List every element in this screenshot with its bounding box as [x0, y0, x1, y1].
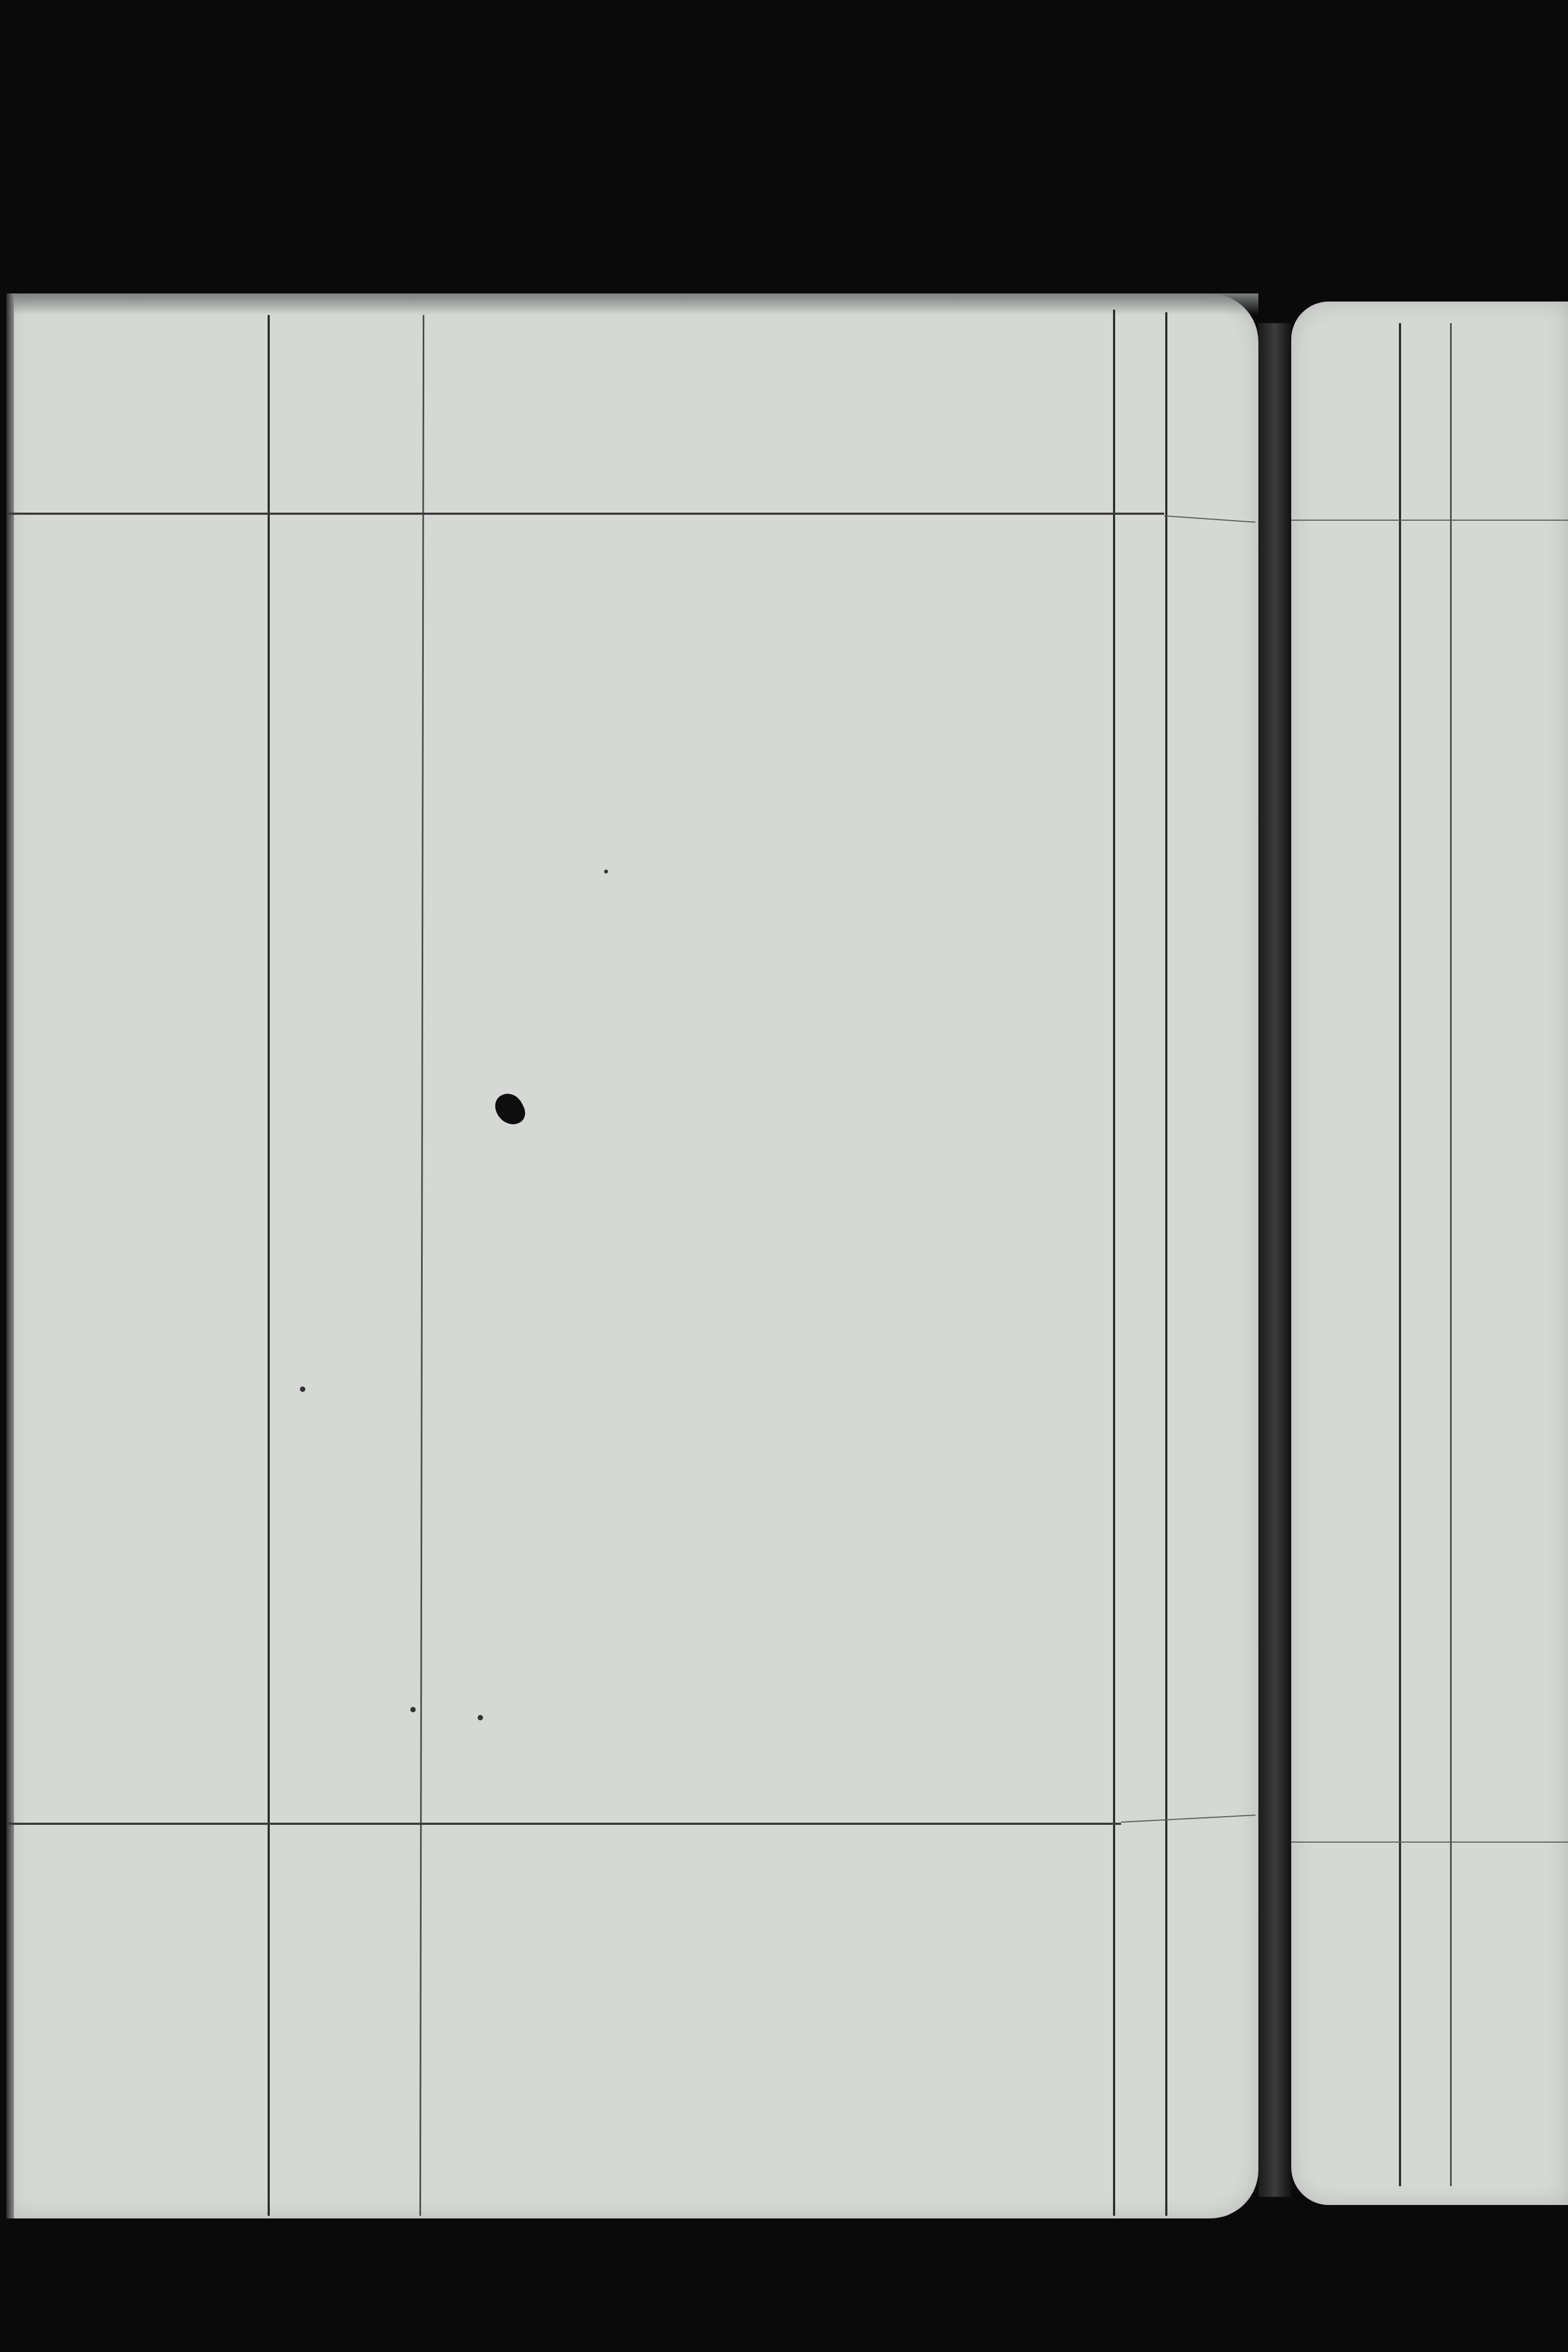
- footer-rule-curve: [1121, 1815, 1256, 1823]
- speck: [300, 1387, 305, 1392]
- speck: [478, 1715, 483, 1720]
- footer-rule: [1291, 1842, 1568, 1843]
- ink-blot: [491, 1089, 529, 1130]
- column-rule: [1113, 310, 1115, 2216]
- header-rule: [6, 513, 1164, 515]
- speck: [410, 1707, 416, 1712]
- book-gutter: [1258, 323, 1291, 2197]
- speck: [604, 870, 608, 873]
- header-rule-curve: [1164, 515, 1256, 523]
- left-ledger-page: [6, 293, 1258, 2218]
- column-rule: [268, 315, 270, 2216]
- header-rule: [1291, 520, 1568, 521]
- column-rule: [419, 315, 424, 2216]
- column-rule: [1399, 323, 1401, 2186]
- right-ledger-page: [1291, 302, 1568, 2205]
- footer-rule: [6, 1823, 1121, 1825]
- column-rule: [1450, 323, 1452, 2186]
- column-rule: [1165, 312, 1167, 2216]
- page-edge: [6, 293, 14, 2218]
